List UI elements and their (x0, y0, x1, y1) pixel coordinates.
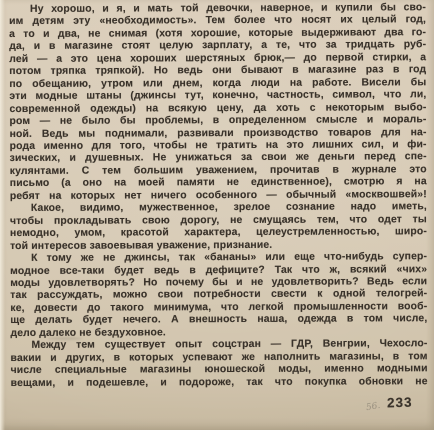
paragraph: Между тем существует опыт соцстран — ГДР… (10, 338, 427, 390)
paper-smudge (48, 337, 82, 340)
paragraph: Ну хорошо, и я, и мать той девочки, наве… (9, 2, 427, 203)
paragraph: К тому же не джинсы, так «бананы» или ещ… (10, 251, 427, 340)
text-block: Ну хорошо, и я, и мать той девочки, наве… (9, 2, 428, 390)
text-line: ще делать будет нечего. А внешность наша… (10, 314, 427, 328)
text-line: немодно, умом, красотой характера, целеу… (10, 226, 427, 240)
page-number: 233 (387, 395, 413, 411)
text-line: ром — не было бы проблемы, в определенно… (9, 114, 426, 128)
paper-edge-highlight (0, 0, 5, 430)
book-page: Ну хорошо, и я, и мать той девочки, наве… (0, 0, 434, 430)
text-line: К тому же не джинсы, так «бананы» или ещ… (10, 251, 427, 265)
text-line: вещами, и подешевле, и подороже, так что… (11, 376, 428, 390)
pencil-mark: 56. (365, 401, 381, 413)
paragraph: Какое, видимо, мужественное, зрелое созн… (10, 201, 427, 253)
